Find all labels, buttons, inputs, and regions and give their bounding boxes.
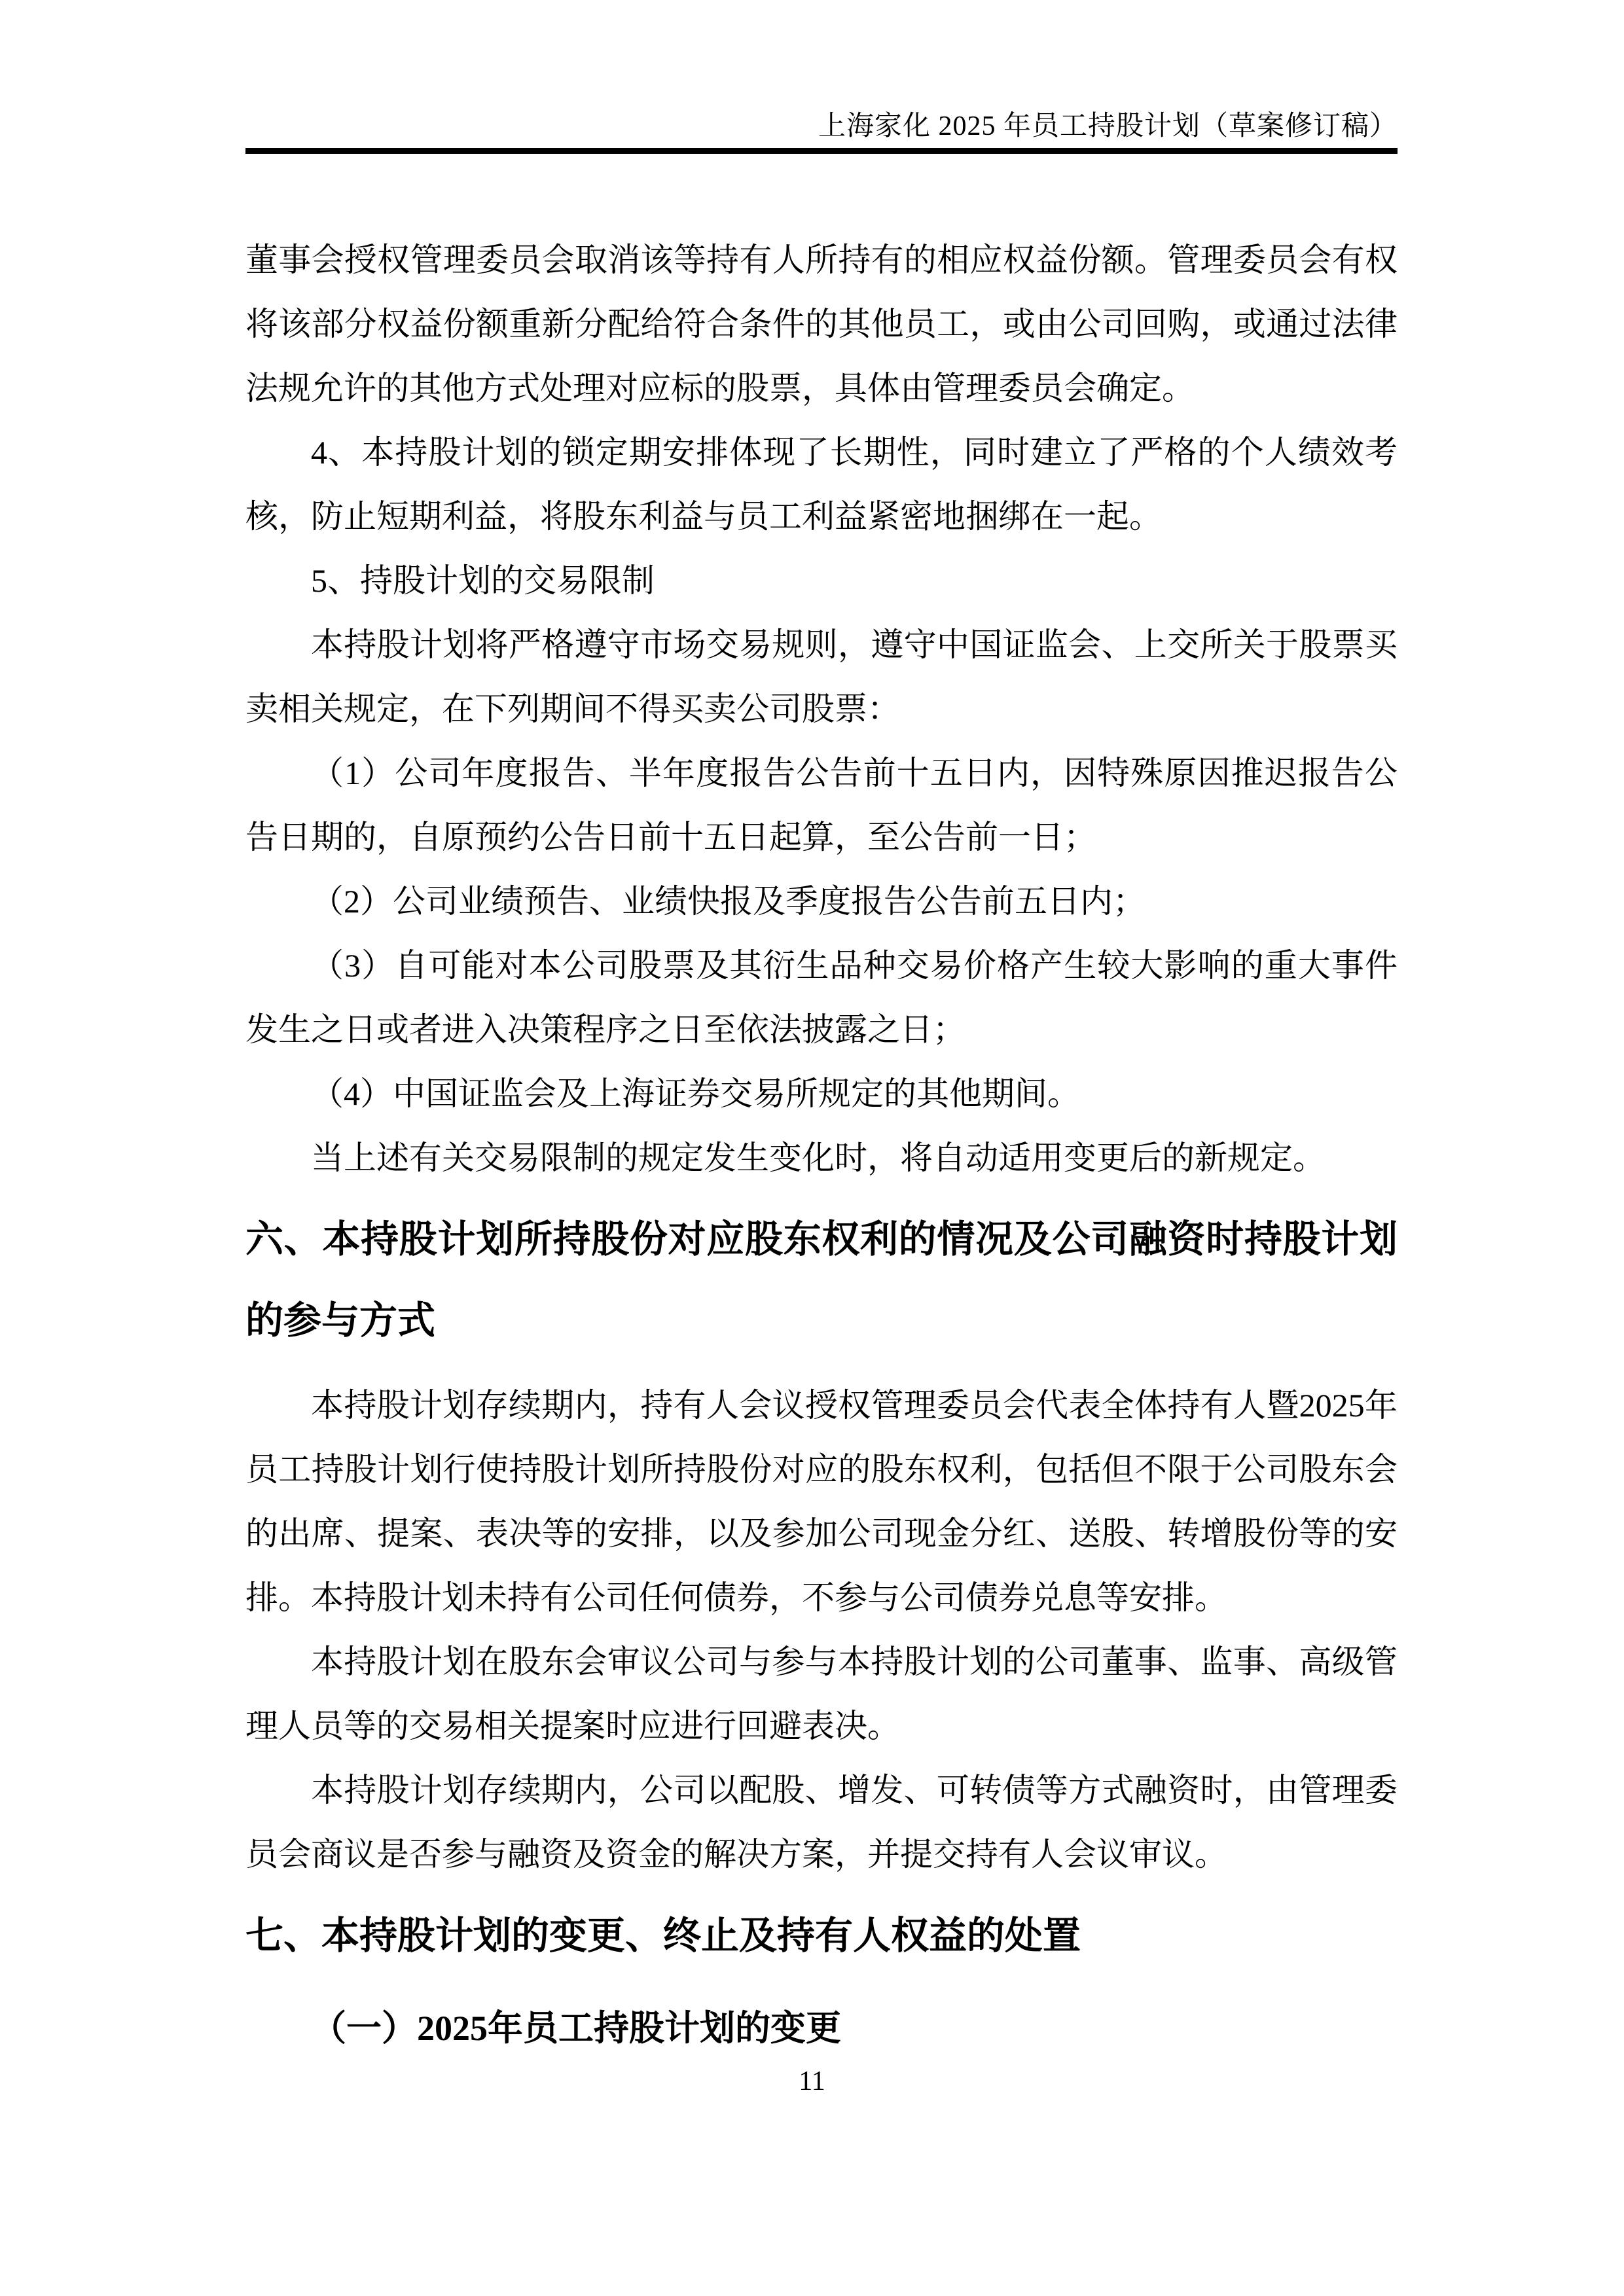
paragraph: 本持股计划在股东会审议公司与参与本持股计划的公司董事、监事、高级管理人员等的交易… (245, 1630, 1398, 1758)
header-title: 上海家化 2025 年员工持股计划（草案修订稿） (818, 111, 1398, 141)
paragraph: 4、本持股计划的锁定期安排体现了长期性，同时建立了严格的个人绩效考核，防止短期利… (245, 420, 1398, 548)
section-heading: 七、本持股计划的变更、终止及持有人权益的处置 (245, 1895, 1398, 1977)
paragraph: 本持股计划将严格遵守市场交易规则，遵守中国证监会、上交所关于股票买卖相关规定，在… (245, 613, 1398, 741)
sub-section-heading: （一）2025年员工持股计划的变更 (245, 1996, 1398, 2060)
paragraph: （4）中国证监会及上海证券交易所规定的其他期间。 (245, 1062, 1398, 1126)
paragraph: （1）公司年度报告、半年度报告公告前十五日内，因特殊原因推迟报告公告日期的，自原… (245, 741, 1398, 869)
paragraph: （3）自可能对本公司股票及其衍生品种交易价格产生较大影响的重大事件发生之日或者进… (245, 933, 1398, 1062)
section-heading: 六、本持股计划所持股份对应股东权利的情况及公司融资时持股计划的参与方式 (245, 1199, 1398, 1361)
document-body: 董事会授权管理委员会取消该等持有人所持有的相应权益份额。管理委员会有权将该部分权… (245, 228, 1398, 2060)
paragraph: 本持股计划存续期内，公司以配股、增发、可转债等方式融资时，由管理委员会商议是否参… (245, 1758, 1398, 1886)
paragraph: 董事会授权管理委员会取消该等持有人所持有的相应权益份额。管理委员会有权将该部分权… (245, 228, 1398, 420)
paragraph: 5、持股计划的交易限制 (245, 548, 1398, 613)
page-footer: 11 (0, 2065, 1624, 2098)
document-page: 上海家化 2025 年员工持股计划（草案修订稿） 董事会授权管理委员会取消该等持… (0, 0, 1624, 2296)
paragraph: 本持股计划存续期内，持有人会议授权管理委员会代表全体持有人暨2025年员工持股计… (245, 1373, 1398, 1630)
paragraph: 当上述有关交易限制的规定发生变化时，将自动适用变更后的新规定。 (245, 1126, 1398, 1190)
page-number: 11 (799, 2066, 825, 2096)
page-header: 上海家化 2025 年员工持股计划（草案修订稿） (245, 111, 1398, 154)
paragraph: （2）公司业绩预告、业绩快报及季度报告公告前五日内； (245, 869, 1398, 933)
